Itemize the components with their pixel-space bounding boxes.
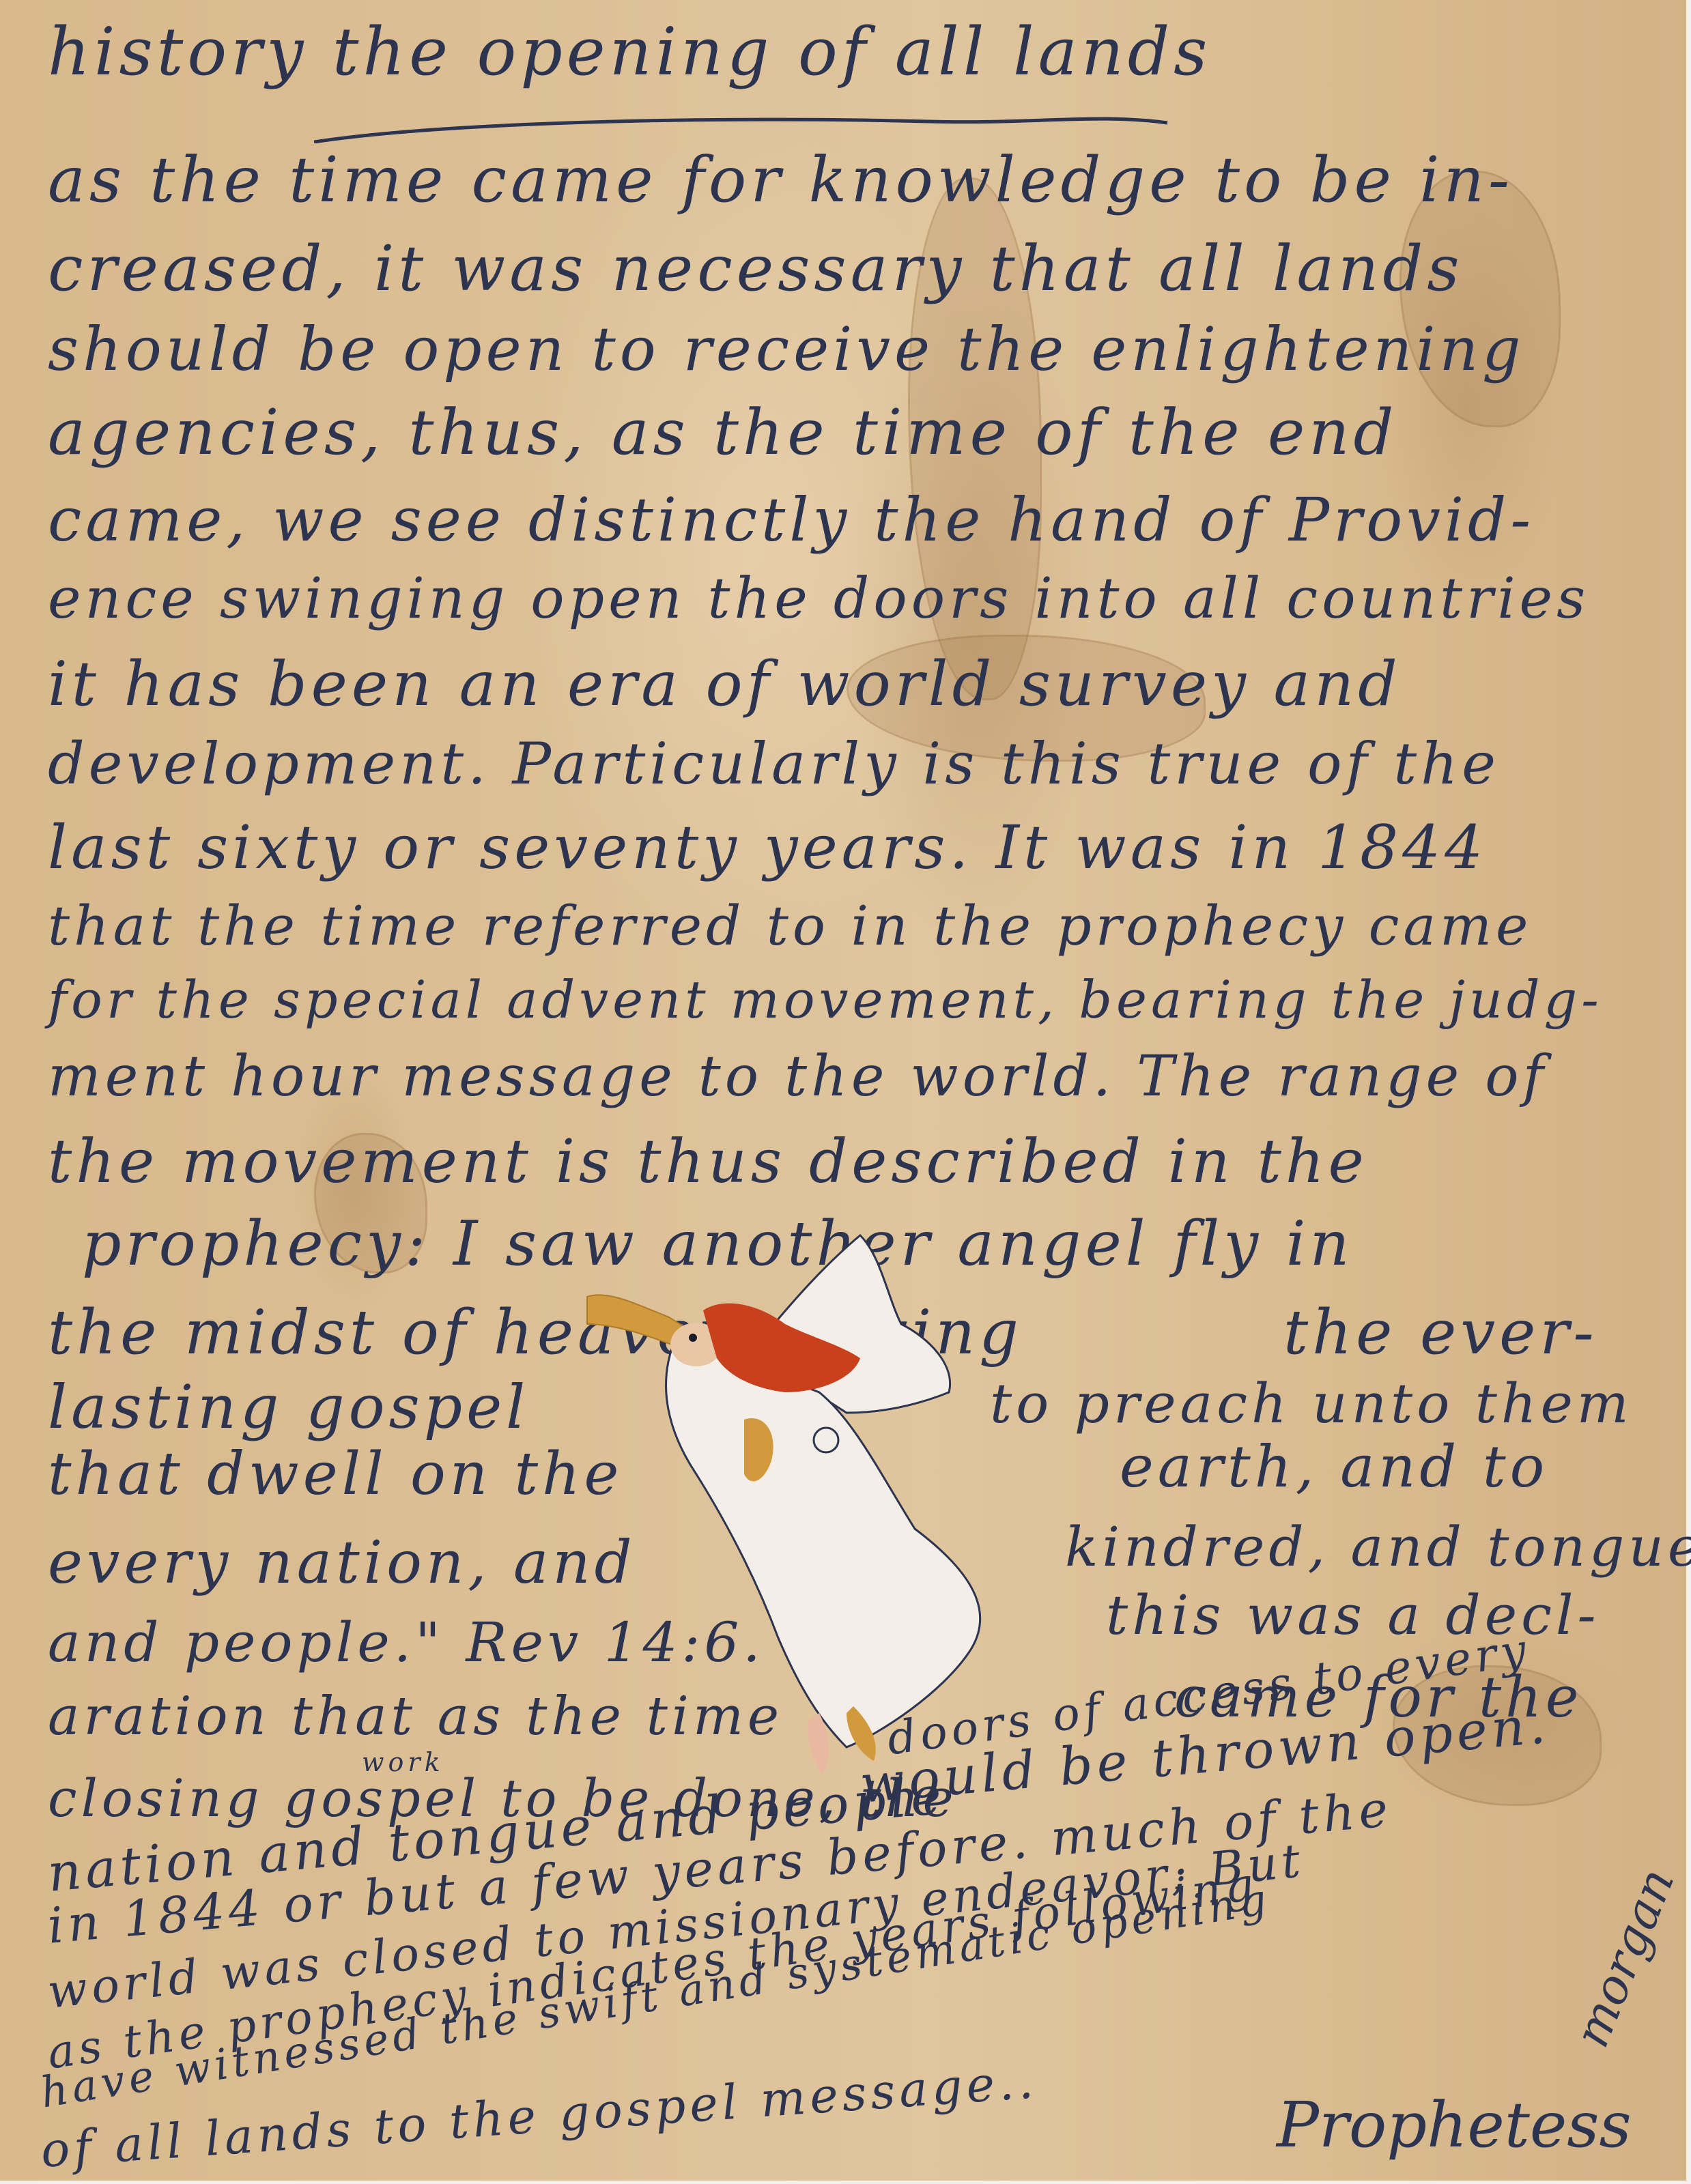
text-line: the ever-: [1283, 1297, 1598, 1368]
heading-underline: [314, 116, 1174, 143]
text-line: that dwell on the: [48, 1440, 623, 1508]
angel-eye: [689, 1334, 697, 1342]
text-line: kindred, and tongue,: [1065, 1515, 1691, 1579]
text-line: for the special advent movement, bearing…: [48, 969, 1603, 1030]
text-line: last sixty or seventy years. It was in 1…: [48, 812, 1487, 882]
text-line: as the time came for knowledge to be in-: [48, 143, 1514, 216]
text-line: ment hour message to the world. The rang…: [48, 1044, 1548, 1109]
signature-title: Prophetess: [1277, 2088, 1632, 2161]
text-line: to preach unto them: [990, 1372, 1633, 1435]
text-line: ence swinging open the doors into all co…: [48, 566, 1589, 631]
text-line: creased, it was necessary that all lands: [48, 232, 1464, 305]
insert-word: work: [362, 1747, 444, 1777]
text-line: should be open to receive the enlighteni…: [48, 314, 1525, 384]
text-line: that the time referred to in the prophec…: [48, 894, 1532, 958]
heading-line: history the opening of all lands: [48, 14, 1211, 90]
text-line: earth, and to: [1120, 1433, 1548, 1500]
text-line: lasting gospel: [48, 1372, 529, 1442]
text-line: every nation, and: [48, 1529, 636, 1597]
text-line: agencies, thus, as the time of the end: [48, 396, 1397, 469]
text-line: came, we see distinctly the hand of Prov…: [48, 485, 1535, 555]
text-line: development. Particularly is this true o…: [48, 730, 1500, 797]
text-line: it has been an era of world survey and: [48, 648, 1402, 720]
text-line: the movement is thus described in the: [48, 1126, 1368, 1196]
angel-illustration: [560, 1215, 1051, 1795]
